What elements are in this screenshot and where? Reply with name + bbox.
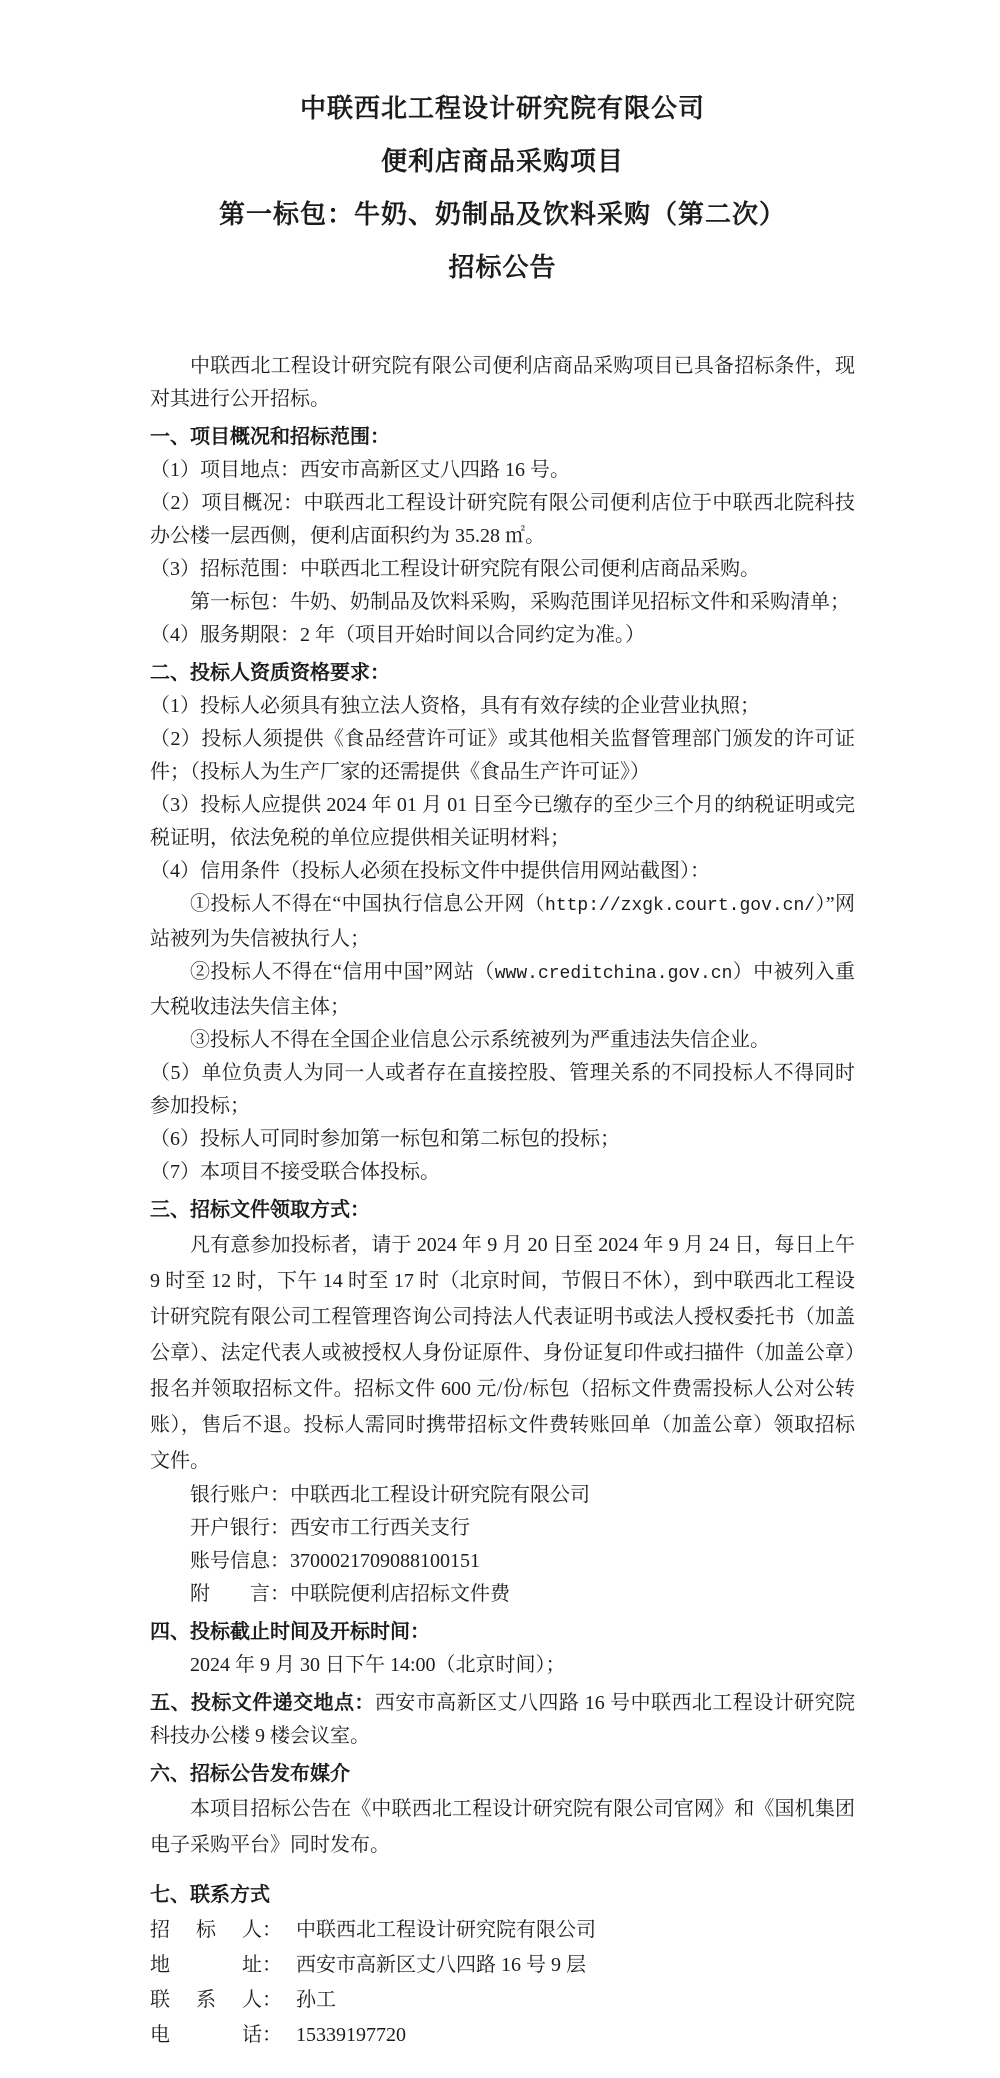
s2-sub-item-2: ②投标人不得在“信用中国”网站（www.creditchina.gov.cn）中… <box>150 956 855 1024</box>
contact-value-person: 孙工 <box>296 1989 336 2011</box>
contact-label-address: 地址 <box>150 1949 262 1982</box>
section-3-heading: 三、招标文件领取方式： <box>150 1194 855 1227</box>
doc-title-notice: 招标公告 <box>150 241 855 294</box>
section-5-heading: 五、投标文件递交地点： <box>150 1692 375 1714</box>
document-title-block: 中联西北工程设计研究院有限公司 便利店商品采购项目 第一标包：牛奶、奶制品及饮料… <box>150 82 855 294</box>
zxgk-court-url: http://zxgk.court.gov.cn/ <box>545 896 815 916</box>
contact-row-phone: 电话：15339197720 <box>150 2019 855 2052</box>
s1-item-overview: （2）项目概况：中联西北工程设计研究院有限公司便利店位于中联西北院科技办公楼一层… <box>150 487 855 553</box>
doc-title-project: 便利店商品采购项目 <box>150 135 855 188</box>
contact-row-address: 地址：西安市高新区丈八四路 16 号 9 层 <box>150 1949 855 1982</box>
contact-value-bidder: 中联西北工程设计研究院有限公司 <box>296 1919 596 1941</box>
section-4-heading: 四、投标截止时间及开标时间： <box>150 1616 855 1649</box>
contact-label-person: 联系人 <box>150 1984 262 2017</box>
s2-sub-2-text-pre: ②投标人不得在“信用中国”网站（ <box>190 961 495 983</box>
s2-item-2: （2）投标人须提供《食品经营许可证》或其他相关监督管理部门颁发的许可证件；（投标… <box>150 723 855 789</box>
intro-paragraph: 中联西北工程设计研究院有限公司便利店商品采购项目已具备招标条件，现对其进行公开招… <box>150 350 855 416</box>
bank-name-line: 开户银行：西安市工行西关支行 <box>150 1512 855 1545</box>
section-1-heading: 一、项目概况和招标范围： <box>150 421 855 454</box>
s1-item-service-term: （4）服务期限：2 年（项目开始时间以合同约定为准。） <box>150 619 855 652</box>
s1-item-scope: （3）招标范围：中联西北工程设计研究院有限公司便利店商品采购。 <box>150 553 855 586</box>
contact-value-address: 西安市高新区丈八四路 16 号 9 层 <box>296 1954 586 1976</box>
s2-sub-item-3: ③投标人不得在全国企业信息公示系统被列为严重违法失信企业。 <box>150 1024 855 1057</box>
s2-item-4: （4）信用条件（投标人必须在投标文件中提供信用网站截图）： <box>150 855 855 888</box>
contact-label-bidder: 招标人 <box>150 1914 262 1947</box>
contact-sep: ： <box>262 1989 282 2011</box>
memo-line: 附 言：中联院便利店招标文件费 <box>150 1578 855 1611</box>
contact-sep: ： <box>262 1919 282 1941</box>
contact-sep: ： <box>262 2024 282 2046</box>
s2-item-3: （3）投标人应提供 2024 年 01 月 01 日至今已缴存的至少三个月的纳税… <box>150 789 855 855</box>
contact-label-phone: 电话 <box>150 2019 262 2052</box>
s2-item-6: （6）投标人可同时参加第一标包和第二标包的投标； <box>150 1123 855 1156</box>
s6-paragraph: 本项目招标公告在《中联西北工程设计研究院有限公司官网》和《国机集团电子采购平台》… <box>150 1791 855 1863</box>
s2-item-1: （1）投标人必须具有独立法人资格，具有有效存续的企业营业执照； <box>150 690 855 723</box>
document-body: 中联西北工程设计研究院有限公司便利店商品采购项目已具备招标条件，现对其进行公开招… <box>150 350 855 2052</box>
section-6-heading: 六、招标公告发布媒介 <box>150 1758 855 1791</box>
creditchina-url: www.creditchina.gov.cn <box>495 964 733 984</box>
s3-paragraph: 凡有意参加投标者，请于 2024 年 9 月 20 日至 2024 年 9 月 … <box>150 1227 855 1479</box>
bank-account-line: 银行账户：中联西北工程设计研究院有限公司 <box>150 1479 855 1512</box>
contact-row-person: 联系人：孙工 <box>150 1984 855 2017</box>
s2-sub-item-1: ①投标人不得在“中国执行信息公开网（http://zxgk.court.gov.… <box>150 888 855 956</box>
contact-sep: ： <box>262 1954 282 1976</box>
doc-title-package: 第一标包：牛奶、奶制品及饮料采购（第二次） <box>150 188 855 241</box>
s1-item-location: （1）项目地点：西安市高新区丈八四路 16 号。 <box>150 454 855 487</box>
s4-deadline-line: 2024 年 9 月 30 日下午 14:00（北京时间）； <box>150 1649 855 1682</box>
section-2-heading: 二、投标人资质资格要求： <box>150 657 855 690</box>
doc-title-company: 中联西北工程设计研究院有限公司 <box>150 82 855 135</box>
contact-row-bidder: 招标人：中联西北工程设计研究院有限公司 <box>150 1914 855 1947</box>
s2-sub-1-text-pre: ①投标人不得在“中国执行信息公开网（ <box>190 893 545 915</box>
s1-item-package1: 第一标包：牛奶、奶制品及饮料采购，采购范围详见招标文件和采购清单； <box>150 586 855 619</box>
account-number-line: 账号信息：3700021709088100151 <box>150 1545 855 1578</box>
s2-item-7: （7）本项目不接受联合体投标。 <box>150 1156 855 1189</box>
section-7-heading: 七、联系方式 <box>150 1879 855 1912</box>
contact-value-phone: 15339197720 <box>296 2024 406 2046</box>
document-page: 中联西北工程设计研究院有限公司 便利店商品采购项目 第一标包：牛奶、奶制品及饮料… <box>0 0 1000 2078</box>
s2-item-5: （5）单位负责人为同一人或者存在直接控股、管理关系的不同投标人不得同时参加投标； <box>150 1057 855 1123</box>
section-5-heading-line: 五、投标文件递交地点：西安市高新区丈八四路 16 号中联西北工程设计研究院科技办… <box>150 1687 855 1753</box>
